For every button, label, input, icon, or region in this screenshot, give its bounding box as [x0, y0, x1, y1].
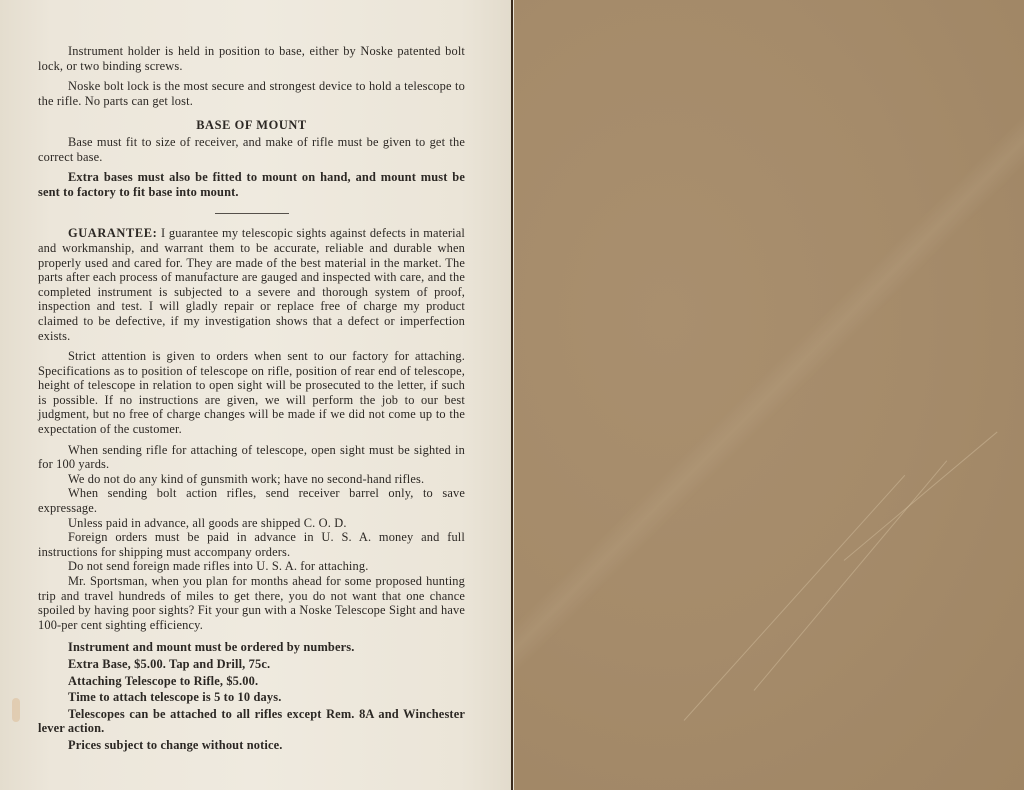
order-notes: Instrument and mount must be ordered by …: [38, 640, 465, 752]
paragraph-extra-bases: Extra bases must also be fitted to mount…: [38, 170, 465, 199]
paper-crease: [843, 432, 997, 561]
paragraph-holder: Instrument holder is held in position to…: [38, 44, 465, 73]
order-note: Extra Base, $5.00. Tap and Drill, 75c.: [38, 657, 465, 672]
paper-crease: [683, 475, 905, 721]
paragraph-bolt-action: When sending bolt action rifles, send re…: [38, 486, 465, 515]
order-note: Prices subject to change without notice.: [38, 738, 465, 753]
paper-crease: [753, 460, 947, 690]
paragraph-base: Base must fit to size of receiver, and m…: [38, 135, 465, 164]
order-note: Instrument and mount must be ordered by …: [38, 640, 465, 655]
paragraph-cod: Unless paid in advance, all goods are sh…: [38, 516, 465, 531]
paragraph-open-sight: When sending rifle for attaching of tele…: [38, 443, 465, 472]
section-divider: [215, 213, 289, 214]
paragraph-bolt-lock: Noske bolt lock is the most secure and s…: [38, 79, 465, 108]
guarantee-text: I guarantee my telescopic sights against…: [38, 226, 465, 342]
paragraph-foreign-orders: Foreign orders must be paid in advance i…: [38, 530, 465, 559]
heading-base-of-mount: BASE OF MOUNT: [38, 118, 465, 133]
order-note: Time to attach telescope is 5 to 10 days…: [38, 690, 465, 705]
paragraph-sportsman: Mr. Sportsman, when you plan for months …: [38, 574, 465, 632]
paragraph-strict-attention: Strict attention is given to orders when…: [38, 349, 465, 437]
paper-stain: [12, 698, 20, 722]
spacer: [38, 632, 465, 640]
left-page: Instrument holder is held in position to…: [0, 0, 512, 790]
paragraph-foreign-rifles: Do not send foreign made rifles into U. …: [38, 559, 465, 574]
order-note: Attaching Telescope to Rifle, $5.00.: [38, 674, 465, 689]
paragraph-guarantee: GUARANTEE: I guarantee my telescopic sig…: [38, 226, 465, 343]
guarantee-label: GUARANTEE:: [68, 226, 157, 240]
order-note: Telescopes can be attached to all rifles…: [38, 707, 465, 736]
left-page-text: Instrument holder is held in position to…: [38, 44, 465, 755]
paragraph-gunsmith: We do not do any kind of gunsmith work; …: [38, 472, 465, 487]
right-page-blank-cover: [514, 0, 1024, 790]
booklet-spread: Instrument holder is held in position to…: [0, 0, 1024, 790]
